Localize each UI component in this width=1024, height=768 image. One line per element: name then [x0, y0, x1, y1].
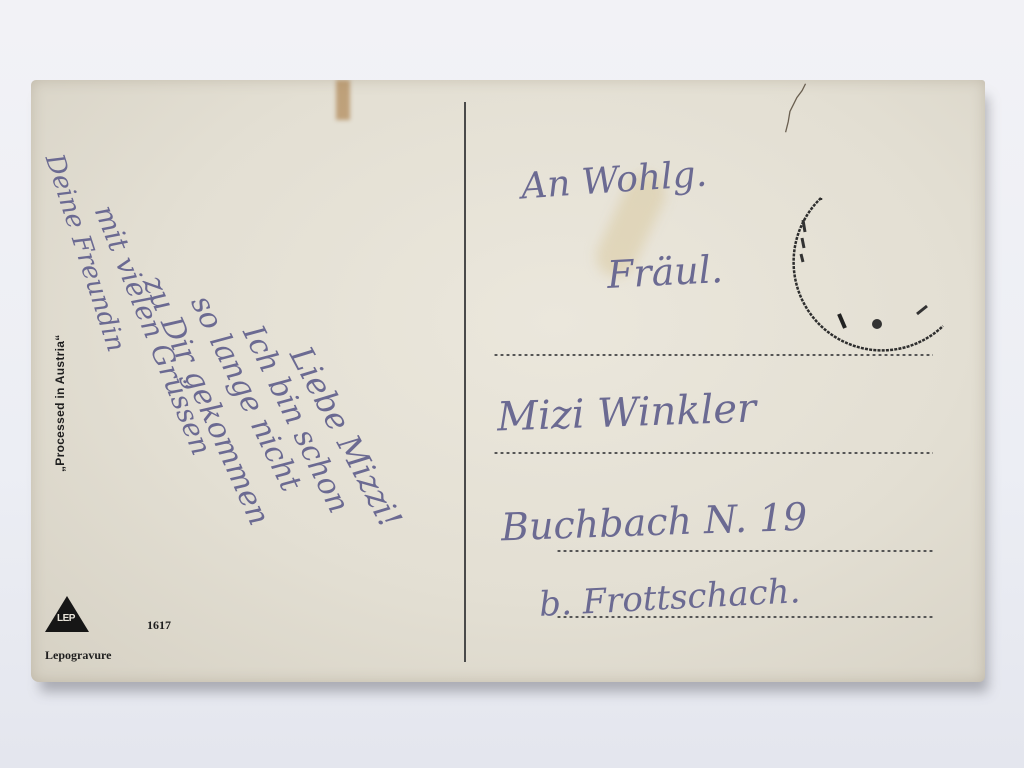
- address-line-2: [493, 452, 933, 454]
- center-divider-line: [464, 102, 466, 662]
- card-number: 1617: [147, 618, 171, 633]
- address-fraeul: Fräul.: [606, 247, 724, 297]
- publisher-name: Lepogravure: [45, 648, 111, 663]
- address-line-3: [556, 550, 933, 552]
- address-an-wohlg: An Wohlg.: [520, 154, 708, 208]
- address-line-1: [493, 354, 933, 356]
- address-street: Buchbach N. 19: [500, 495, 808, 550]
- processed-in-austria-label: „Processed in Austria“: [53, 334, 67, 472]
- address-recipient-name: Mizi Winkler: [496, 385, 757, 440]
- postcard-back: „Processed in Austria“ LEP 1617 Lepograv…: [31, 80, 985, 682]
- paper-tear: [783, 80, 809, 136]
- rust-stain: [336, 80, 350, 120]
- publisher-logo-text: LEP: [57, 613, 87, 624]
